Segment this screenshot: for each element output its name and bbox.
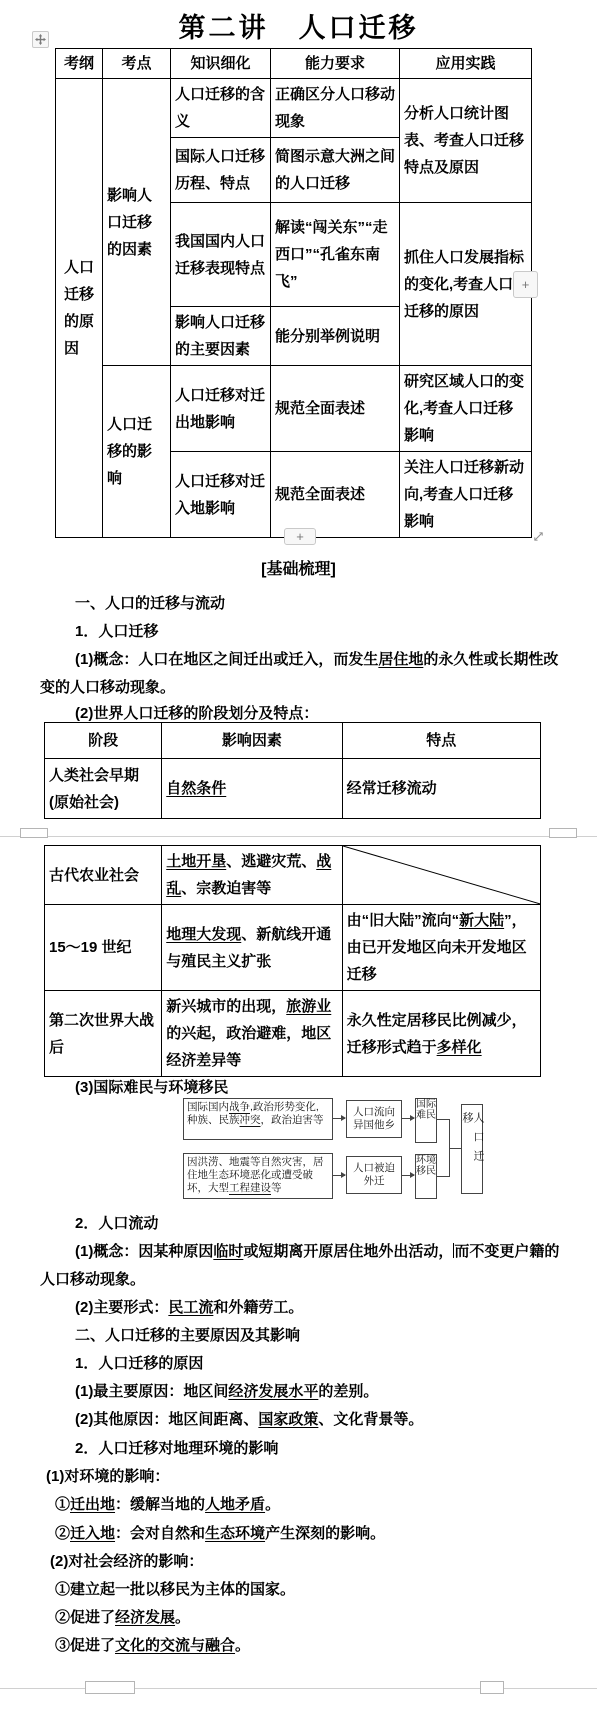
header-features: 特点	[342, 723, 540, 759]
header-stage: 阶段	[45, 723, 162, 759]
basics-section-header: [基础梳理]	[0, 556, 597, 579]
cell-factors: 地理大发现、新航线开通与殖民主义扩张	[162, 905, 342, 991]
cell-factors: 土地开垦、逃避灾荒、战乱、宗教迫害等	[162, 846, 342, 905]
final-box-text: 人口迁移	[461, 1112, 483, 1186]
add-row-button[interactable]: +	[284, 528, 316, 545]
stage-table-header-row: 阶段 影响因素 特点	[45, 723, 541, 759]
document-page: 第二讲 人口迁移 考纲 考点 知识细化 能力要求 应用实践 人口迁移的原因 影响…	[0, 0, 597, 1718]
item-4-heading: 2．人口迁移对地理环境的影响	[40, 1437, 580, 1458]
diagram-cause-disaster-box: 因洪涝、地震等自然灾害，居住地生态环境恶化或遭受破坏，大型工程建设等	[183, 1153, 333, 1199]
header-knowledge: 知识细化	[171, 49, 271, 79]
header-factors: 影响因素	[162, 723, 342, 759]
cell-knowledge: 国际人口迁移历程、特点	[171, 138, 271, 203]
para-migration-concept-line2: 变的人口移动现象。	[40, 676, 580, 697]
page-corner-mark	[549, 828, 577, 838]
page-corner-mark	[20, 828, 48, 838]
para-migration-concept-line1: (1)概念：人口在地区之间迁出或迁入，而发生居住地的永久性或长期性改	[40, 648, 580, 669]
page-corner-mark	[480, 1681, 504, 1694]
cell-features: 永久性定居移民比例减少，迁移形式趋于多样化	[342, 991, 540, 1077]
para-social-impact-1: ①建立起一批以移民为主体的国家。	[40, 1578, 580, 1599]
header-application: 应用实践	[400, 49, 532, 79]
stage-table-part1: 阶段 影响因素 特点 人类社会早期(原始社会) 自然条件 经常迁移流动	[44, 722, 541, 819]
para-social-impact-3: ③促进了文化的交流与融合。	[40, 1634, 580, 1655]
cell-ability: 正确区分人口移动现象	[271, 79, 400, 138]
cell-knowledge: 我国国内人口迁移表现特点	[171, 203, 271, 307]
resize-icon	[532, 530, 545, 543]
cell-stage: 人类社会早期(原始社会)	[45, 759, 162, 819]
diagram-international-refugee-box: 国际难民	[415, 1098, 437, 1143]
cell-stage: 古代农业社会	[45, 846, 162, 905]
para-flow-concept-line1: (1)概念：因某种原因临时或短期离开原居住地外出活动，而不变更户籍的	[40, 1240, 580, 1261]
connector-line	[449, 1148, 461, 1149]
cell-ability: 简图示意大洲之间的人口迁移	[271, 138, 400, 203]
header-kaodian: 考点	[103, 49, 171, 79]
item-1-heading: 1．人口迁移	[40, 620, 580, 641]
exam-overview-table: 考纲 考点 知识细化 能力要求 应用实践 人口迁移的原因 影响人口迁移的因素 人…	[55, 48, 532, 538]
para-stages-intro: (2)世界人口迁移的阶段划分及特点：	[40, 702, 580, 723]
section-1-heading: 一、人口的迁移与流动	[40, 592, 580, 613]
cell-ability: 解读“闯关东”“走西口”“孔雀东南飞”	[271, 203, 400, 307]
table-row: 人口迁移的原因 影响人口迁移的因素 人口迁移的含义 正确区分人口移动现象 分析人…	[56, 79, 532, 138]
para-refugees-heading: (3)国际难民与环境移民	[40, 1076, 580, 1097]
para-other-reasons: (2)其他原因：地区间距离、国家政策、文化背景等。	[40, 1408, 580, 1429]
cell-features: 经常迁移流动	[342, 759, 540, 819]
diagonal-line	[343, 846, 540, 904]
diagram-cause-war-box: 国际国内战争,政治形势变化,种族、民族冲突，政治迫害等	[183, 1098, 333, 1140]
diagram-forced-move-box: 人口被迫外迁	[346, 1156, 402, 1194]
cell-point-effects: 人口迁移的影响	[103, 366, 171, 538]
arrow-right-icon	[333, 1118, 345, 1119]
arrow-right-icon	[402, 1175, 414, 1176]
table-row: 人类社会早期(原始社会) 自然条件 经常迁移流动	[45, 759, 541, 819]
page-corner-mark	[85, 1681, 135, 1694]
arrow-right-icon	[402, 1118, 414, 1119]
item-2-heading: 2．人口流动	[40, 1212, 580, 1233]
migration-flow-diagram: 国际国内战争,政治形势变化,种族、民族冲突，政治迫害等 人口流向异国他乡 国际难…	[183, 1098, 493, 1200]
cell-knowledge: 影响人口迁移的主要因素	[171, 307, 271, 366]
diagram-population-migration-box: 人口迁移	[461, 1104, 483, 1194]
cell-ability: 规范全面表述	[271, 366, 400, 452]
table-row: 15～19 世纪 地理大发现、新航线开通与殖民主义扩张 由“旧大陆”流向“新大陆…	[45, 905, 541, 991]
para-env-impact-out: ①迁出地：缓解当地的人地矛盾。	[40, 1493, 580, 1514]
page-break-line	[0, 836, 597, 837]
cell-knowledge: 人口迁移的含义	[171, 79, 271, 138]
diagram-environment-migrant-box: 环境移民	[415, 1154, 437, 1199]
cell-application: 抓住人口发展指标的变化,考查人口迁移的原因	[400, 203, 532, 366]
cell-point-factors: 影响人口迁移的因素	[103, 79, 171, 366]
cell-ability: 能分别举例说明	[271, 307, 400, 366]
cell-ability: 规范全面表述	[271, 452, 400, 538]
stage-table-part2: 古代农业社会 土地开垦、逃避灾荒、战乱、宗教迫害等 15～19 世纪 地理大发现…	[44, 845, 541, 1077]
para-social-impact-2: ②促进了经济发展。	[40, 1606, 580, 1627]
table-move-handle-icon[interactable]	[32, 31, 49, 48]
exam-table-header-row: 考纲 考点 知识细化 能力要求 应用实践	[56, 49, 532, 79]
table-row: 古代农业社会 土地开垦、逃避灾荒、战乱、宗教迫害等	[45, 846, 541, 905]
diagram-flow-abroad-box: 人口流向异国他乡	[346, 1100, 402, 1138]
header-kaogang: 考纲	[56, 49, 103, 79]
cell-factors: 新兴城市的出现，旅游业的兴起，政治避难，地区经济差异等	[162, 991, 342, 1077]
cell-stage: 15～19 世纪	[45, 905, 162, 991]
table-row: 人口迁移的影响 人口迁移对迁出地影响 规范全面表述 研究区域人口的变化,考查人口…	[56, 366, 532, 452]
cell-application: 关注人口迁移新动向,考查人口迁移影响	[400, 452, 532, 538]
cell-features: 由“旧大陆”流向“新大陆”，由已开发地区向未开发地区迁移	[342, 905, 540, 991]
para-social-impact-heading: (2)对社会经济的影响：	[40, 1550, 580, 1571]
page-title: 第二讲 人口迁移	[0, 6, 597, 45]
section-2-heading: 二、人口迁移的主要原因及其影响	[40, 1324, 580, 1345]
arrow-right-icon	[333, 1175, 345, 1176]
cell-factors: 自然条件	[162, 759, 342, 819]
para-main-reason: (1)最主要原因：地区间经济发展水平的差别。	[40, 1380, 580, 1401]
para-env-impact-heading: (1)对环境的影响：	[40, 1465, 580, 1486]
cell-application: 研究区域人口的变化,考查人口迁移影响	[400, 366, 532, 452]
item-3-heading: 1．人口迁移的原因	[40, 1352, 580, 1373]
empty-diagonal-cell	[342, 846, 540, 905]
cell-stage: 第二次世界大战后	[45, 991, 162, 1077]
table-row: 第二次世界大战后 新兴城市的出现，旅游业的兴起，政治避难，地区经济差异等 永久性…	[45, 991, 541, 1077]
cell-knowledge: 人口迁移对迁出地影响	[171, 366, 271, 452]
cell-application: 分析人口统计图表、考查人口迁移特点及原因	[400, 79, 532, 203]
table-resize-handle[interactable]	[530, 528, 546, 544]
para-main-forms: (2)主要形式：民工流和外籍劳工。	[40, 1296, 580, 1317]
add-column-button[interactable]: +	[513, 271, 538, 298]
para-flow-concept-line2: 人口移动现象。	[40, 1268, 580, 1289]
header-ability: 能力要求	[271, 49, 400, 79]
cell-knowledge: 人口迁移对迁入地影响	[171, 452, 271, 538]
cell-outline: 人口迁移的原因	[56, 79, 103, 538]
para-env-impact-in: ②迁入地：会对自然和生态环境产生深刻的影响。	[40, 1522, 580, 1543]
move-icon	[35, 34, 46, 45]
